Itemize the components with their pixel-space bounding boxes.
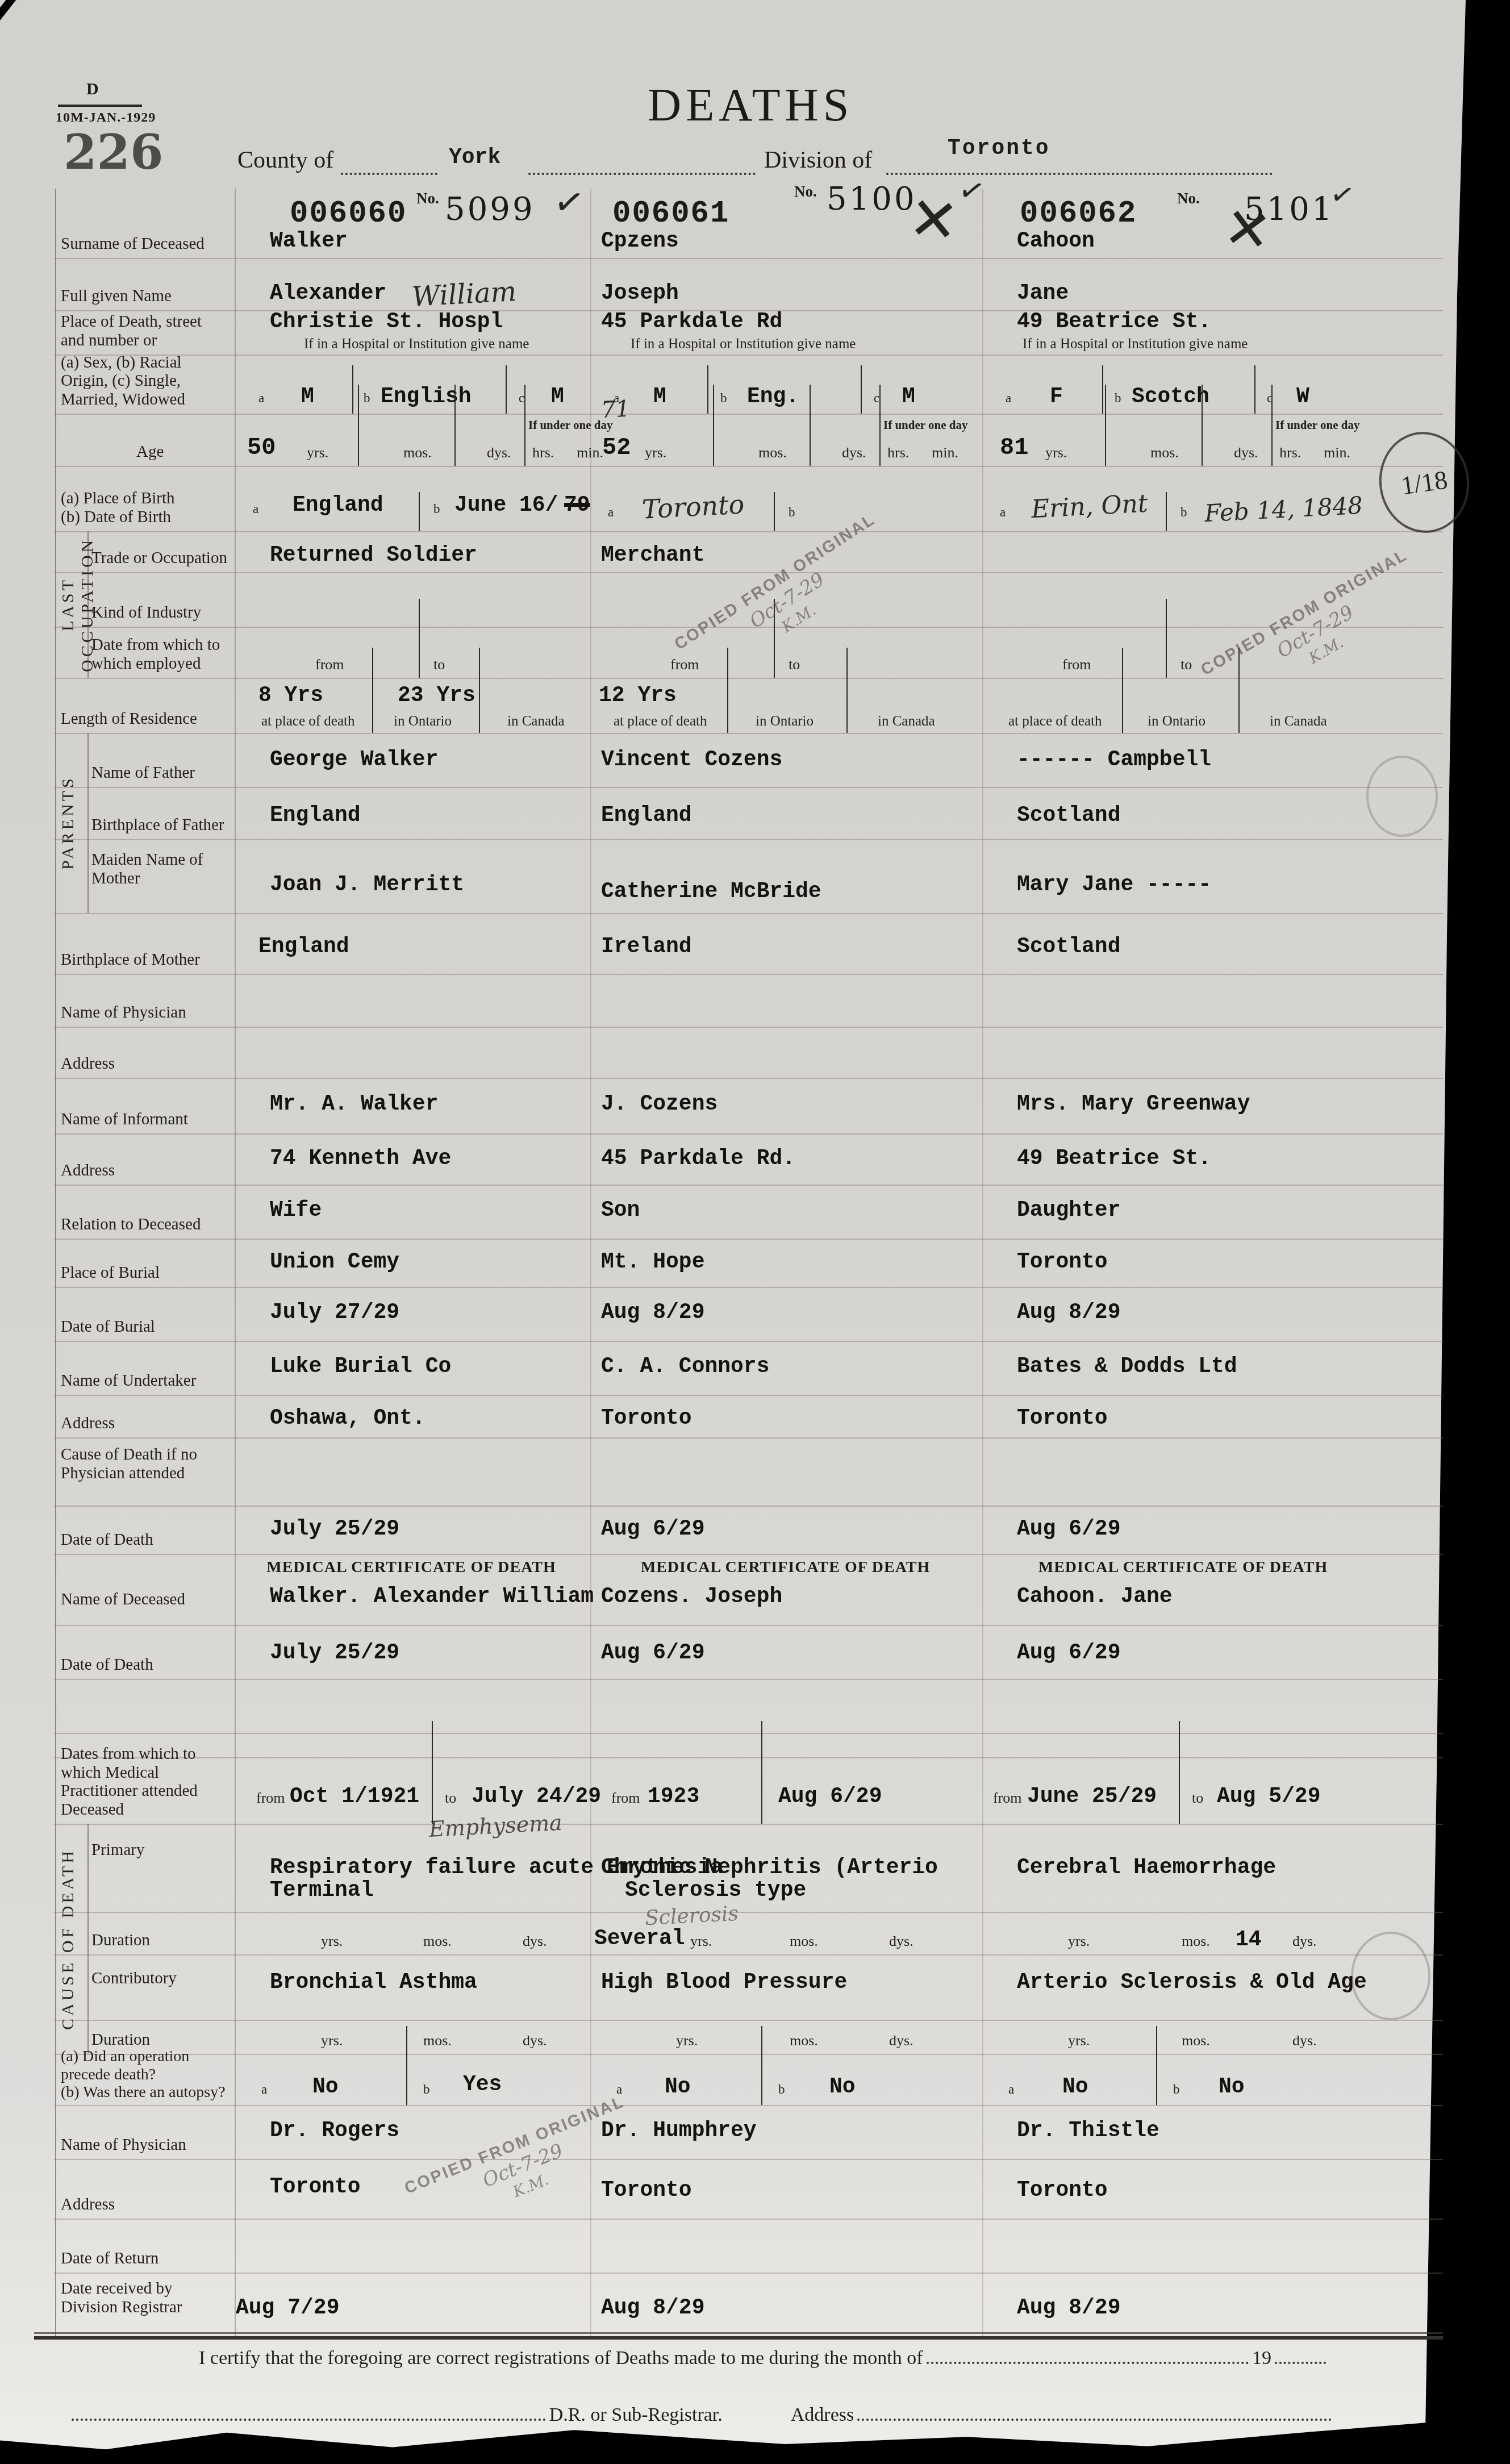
trade-2: Merchant	[601, 543, 704, 568]
separator	[846, 648, 848, 733]
sub-a: a	[608, 505, 614, 520]
cell: yrs. mos. 14 dys.	[983, 1912, 1383, 1954]
sub-to: to	[1181, 656, 1192, 673]
cell: Aug 6/29	[983, 1506, 1383, 1554]
given-name-3: Jane	[1017, 281, 1069, 306]
sub-dys: dys.	[889, 2032, 913, 2049]
sub-mos: mos.	[1182, 1933, 1210, 1950]
cell: Mrs. Mary Greenway	[983, 1078, 1383, 1133]
address-label: Address	[791, 2404, 854, 2426]
birth-place-handwritten-3: Erin, Ont	[1031, 489, 1149, 524]
cell: 49 Beatrice St. If in a Hospital or Inst…	[983, 310, 1383, 355]
label-duration: Duration	[91, 1931, 242, 1950]
origin-2: Eng.	[747, 385, 799, 409]
father-birthplace-3: Scotland	[1017, 803, 1120, 828]
attended-from-1: Oct 1/1921	[290, 1785, 419, 1809]
attended-from-3: June 25/29	[1027, 1785, 1157, 1809]
certification-line: I certify that the foregoing are correct…	[199, 2348, 1329, 2369]
separator	[1179, 1721, 1180, 1824]
deaths-register-page: D 10M-JAN.-1929 226 DEATHS County of Yor…	[0, 0, 1510, 2464]
contributory-2: High Blood Pressure	[601, 1970, 847, 1995]
division-value: Toronto	[948, 136, 1050, 161]
cell: 74 Kenneth Ave	[236, 1133, 587, 1185]
sex-3: F	[1050, 385, 1063, 409]
separator	[419, 492, 420, 531]
row-given-name: Full given Name Alexander William Joseph…	[54, 283, 1443, 311]
row-burial-date: Date of Burial July 27/29 Aug 8/29 Aug 8…	[54, 1287, 1443, 1342]
cert-death-date-2: Aug 6/29	[601, 1641, 704, 1665]
separator	[713, 385, 714, 466]
birth-place-handwritten-2: Toronto	[641, 489, 745, 524]
pen-check-mark-1: ✓	[550, 180, 588, 226]
cell: High Blood Pressure	[591, 1954, 980, 2020]
burial-place-3: Toronto	[1017, 1250, 1108, 1274]
label-informant: Name of Informant	[61, 1110, 234, 1129]
sub-mos: mos.	[423, 1933, 452, 1950]
cell: Alexander William	[236, 283, 587, 310]
contributory-1: Bronchial Asthma	[270, 1970, 477, 1995]
separator	[406, 2026, 407, 2106]
separator	[861, 365, 862, 414]
heavy-rule-thin	[34, 2332, 1443, 2334]
cert-title-3: MEDICAL CERTIFICATE OF DEATH	[983, 1558, 1383, 1577]
cell: England	[591, 787, 980, 839]
origin-3: Scotch	[1132, 385, 1209, 409]
sub-res-ontario: in Ontario	[756, 714, 814, 729]
sub-yrs: yrs.	[321, 2032, 343, 2049]
label-date-of-return: Date of Return	[61, 2249, 234, 2268]
mother-birthplace-3: Scotland	[1017, 935, 1120, 959]
cell: England	[236, 913, 587, 974]
physician-1: Dr. Rogers	[270, 2119, 399, 2143]
row-spacer	[54, 1733, 1443, 1758]
cell: Jane	[983, 283, 1383, 310]
separator	[810, 385, 811, 466]
separator	[774, 492, 775, 531]
sub-mos: mos.	[790, 1933, 818, 1950]
separator	[372, 648, 373, 733]
no-label-1: No.	[416, 190, 439, 207]
surname-3: Cahoon	[1017, 229, 1095, 253]
sub-mos: mos.	[758, 444, 787, 461]
sub-yrs: yrs.	[676, 2032, 698, 2049]
father-birthplace-1: England	[270, 803, 361, 828]
sub-hrs: hrs.	[1279, 444, 1301, 461]
autopsy-2: No	[829, 2075, 856, 2099]
sub-res-ontario: in Ontario	[1148, 714, 1206, 729]
cell: Scotland	[983, 787, 1383, 839]
cell: aM bEnglish cM	[236, 355, 587, 414]
margin-circle-pencil-2	[1351, 1932, 1430, 2020]
separator	[761, 1721, 762, 1824]
label-address: Address	[61, 1414, 234, 1433]
cell: Luke Burial Co	[236, 1341, 587, 1395]
label-residence: Length of Residence	[61, 710, 234, 728]
age-2: 52	[602, 434, 631, 461]
mother-1: Joan J. Merritt	[270, 873, 464, 897]
sub-dys: dys.	[487, 444, 511, 461]
cell: Mt. Hope	[591, 1239, 980, 1287]
place-of-death-3: 49 Beatrice St.	[1017, 310, 1211, 334]
row-contributory: Contributory Bronchial Asthma High Blood…	[54, 1954, 1443, 2021]
primary-line2-2: Sclerosis type	[625, 1878, 806, 1903]
cell: Toronto	[983, 2159, 1383, 2219]
birth-date-struck-1: 79	[564, 493, 590, 518]
separator	[1122, 648, 1123, 733]
mother-3: Mary Jane -----	[1017, 873, 1211, 897]
cell: from June 25/29 to Aug 5/29	[983, 1757, 1383, 1824]
row-undertaker-address: Address Oshawa, Ont. Toronto Toronto	[54, 1395, 1443, 1439]
cell: from 1923 Aug 6/29	[591, 1757, 980, 1824]
row-father: Name of Father George Walker Vincent Coz…	[54, 733, 1443, 788]
burial-place-2: Mt. Hope	[601, 1250, 704, 1274]
burial-date-3: Aug 8/29	[1017, 1300, 1120, 1325]
cell: Toronto	[983, 1395, 1383, 1437]
surname-2: Cpzens	[601, 229, 679, 253]
sub-min: min.	[1324, 444, 1350, 461]
cert-deceased-3: Cahoon. Jane	[1017, 1585, 1173, 1609]
separator	[454, 385, 456, 466]
cert-title-2: MEDICAL CERTIFICATE OF DEATH	[591, 1558, 980, 1577]
row-informant-address: Address 74 Kenneth Ave 45 Parkdale Rd. 4…	[54, 1133, 1443, 1186]
cell: Catherine McBride	[591, 839, 980, 913]
separator	[419, 599, 420, 678]
label-address: Address	[61, 1161, 234, 1180]
label-mother-birthplace: Birthplace of Mother	[61, 950, 234, 969]
cell: Daughter	[983, 1185, 1383, 1239]
cell: England	[236, 787, 587, 839]
sub-b: b	[789, 505, 795, 520]
origin-1: English	[381, 385, 472, 409]
county-leader-dots-2	[528, 172, 756, 175]
undertaker-address-1: Oshawa, Ont.	[270, 1406, 426, 1431]
cell: at place of death in Ontario in Canada	[983, 678, 1383, 733]
separator	[432, 1721, 433, 1824]
separator	[1166, 599, 1167, 678]
cell	[983, 531, 1383, 572]
separator	[1254, 365, 1255, 414]
sub-b: b	[778, 2082, 785, 2097]
cell: Aug 6/29	[591, 1625, 980, 1679]
row-medical-certificate: Name of Deceased MEDICAL CERTIFICATE OF …	[54, 1554, 1443, 1626]
form-code-rule	[58, 105, 142, 107]
cell: a No b Yes	[236, 2054, 587, 2105]
label-employed: Date from which to which employed	[91, 636, 242, 673]
given-name-1: Alexander	[270, 281, 386, 306]
pen-check-mark-3: ✓	[1327, 176, 1357, 213]
label-death-date: Date of Death	[61, 1531, 234, 1549]
row-duration-primary: Duration yrs. mos. dys. Several yrs. mos…	[54, 1912, 1443, 1956]
label-contributory: Contributory	[91, 1969, 242, 1988]
page-number-stamp: 226	[64, 124, 163, 180]
primary-line1-2: Chronic Nephritis (Arterio	[601, 1856, 938, 1880]
cell: George Walker	[236, 733, 587, 787]
sub-yrs: yrs.	[321, 1933, 343, 1950]
label-cert-name: Name of Deceased	[61, 1590, 234, 1609]
margin-circle-pencil-1	[1366, 756, 1438, 837]
cell: Arterio Sclerosis & Old Age	[983, 1954, 1383, 2020]
cell: Union Cemy	[236, 1239, 587, 1287]
sub-res-place: at place of death	[261, 714, 355, 729]
cell: Joan J. Merritt	[236, 839, 587, 913]
label-relation: Relation to Deceased	[61, 1215, 234, 1234]
cert-title-1: MEDICAL CERTIFICATE OF DEATH	[236, 1558, 587, 1577]
reg-cell-2: 006061 No. 5100 ✕ ✓	[591, 189, 980, 232]
label-attended: Dates from which to which Medical Practi…	[61, 1745, 234, 1819]
father-birthplace-2: England	[601, 803, 692, 828]
signature-line: D.R. or Sub-Registrar. Address	[68, 2404, 1335, 2426]
sub-dys: dys.	[889, 1933, 913, 1950]
label-trade: Trade or Occupation	[91, 549, 242, 568]
sub-b: b	[433, 502, 440, 516]
cell: a Erin, Ont b Feb 14, 1848	[983, 466, 1383, 531]
row-mother: Maiden Name of Mother Joan J. Merritt Ca…	[54, 839, 1443, 914]
label-surname: Surname of Deceased	[61, 235, 234, 253]
operation-3: No	[1062, 2075, 1088, 2099]
cert-deceased-1: Walker. Alexander William	[270, 1585, 594, 1609]
sub-mos: mos.	[1150, 444, 1179, 461]
row-sex-origin-marital: (a) Sex, (b) Racial Origin, (c) Single, …	[54, 355, 1443, 415]
cell: Several yrs. mos. dys.	[591, 1912, 980, 1954]
sub-from: from	[611, 1790, 640, 1807]
sub-b: b	[1173, 2082, 1180, 2097]
sub-b: b	[720, 391, 727, 406]
cell: Son	[591, 1185, 980, 1239]
registrar-label: D.R. or Sub-Registrar.	[549, 2404, 723, 2426]
sub-a: a	[1000, 505, 1006, 520]
scan-corner-mark	[0, 0, 19, 38]
cell: Joseph	[591, 283, 980, 310]
residence-place-1: 8 Yrs	[258, 683, 323, 708]
cell: Mary Jane -----	[983, 839, 1383, 913]
row-burial-place: Place of Burial Union Cemy Mt. Hope Toro…	[54, 1239, 1443, 1288]
separator	[761, 2026, 762, 2106]
attended-to-2: Aug 6/29	[778, 1785, 882, 1809]
cell: J. Cozens	[591, 1078, 980, 1133]
birth-place-1: England	[293, 493, 383, 518]
cell: 8 Yrs at place of death 23 Yrs in Ontari…	[236, 678, 587, 733]
label-given-name: Full given Name	[61, 287, 234, 306]
under-one-day-note: If under one day	[883, 418, 967, 432]
separator	[1102, 365, 1103, 414]
cell: Bates & Dodds Ltd	[983, 1341, 1383, 1395]
row-physician: Name of Physician Dr. Rogers Dr. Humphre…	[54, 2105, 1443, 2160]
separator	[879, 385, 881, 466]
sub-res-canada: in Canada	[1270, 714, 1327, 729]
blank-address	[857, 2416, 1332, 2421]
cell: Aug 8/29	[983, 1287, 1383, 1341]
sub-b: b	[1115, 391, 1121, 406]
serial-number-1: 5099	[445, 191, 535, 228]
residence-place-2: 12 Yrs	[599, 683, 677, 708]
relation-2: Son	[601, 1198, 640, 1223]
cell: aF bScotch cW	[983, 355, 1383, 414]
row-surname: Surname of Deceased Walker Cpzens Cahoon	[54, 232, 1443, 259]
label-mother: Maiden Name of Mother	[91, 850, 242, 888]
separator	[1105, 385, 1106, 466]
division-label: Division of	[764, 147, 872, 174]
attended-to-3: Aug 5/29	[1217, 1785, 1320, 1809]
age-handwritten-2: 71	[600, 396, 631, 424]
label-address: Address	[61, 2195, 234, 2214]
label-father-birthplace: Birthplace of Father	[91, 816, 242, 835]
date-received-1: Aug 7/29	[236, 2296, 339, 2320]
row-mother-birthplace: Birthplace of Mother England Ireland Sco…	[54, 913, 1443, 975]
surname-1: Walker	[270, 229, 348, 253]
reg-cell-1: 006060 No. 5099 ✓	[236, 189, 587, 232]
cell: Aug 6/29	[591, 1506, 980, 1554]
sub-yrs: yrs.	[645, 444, 666, 461]
marital-3: W	[1296, 385, 1309, 409]
cell: 45 Parkdale Rd.	[591, 1133, 980, 1185]
row-trade: Trade or Occupation Returned Soldier Mer…	[54, 531, 1443, 573]
row-operation-autopsy: (a) Did an operation precede death? (b) …	[54, 2054, 1443, 2106]
sub-hrs: hrs.	[532, 444, 554, 461]
county-label: County of	[237, 147, 333, 174]
separator	[1156, 2026, 1157, 2106]
physician-address-1: Toronto	[270, 2175, 361, 2199]
cell: MEDICAL CERTIFICATE OF DEATH Cahoon. Jan…	[983, 1554, 1383, 1625]
row-spacer	[54, 1679, 1443, 1734]
death-date-3: Aug 6/29	[1017, 1517, 1120, 1541]
heavy-rule	[34, 2336, 1443, 2340]
sub-mos: mos.	[403, 444, 432, 461]
cell: Cahoon	[983, 232, 1383, 258]
label-birth: (a) Place of Birth (b) Date of Birth	[61, 489, 234, 527]
relation-3: Daughter	[1017, 1198, 1120, 1223]
sub-a: a	[253, 502, 258, 516]
date-received-3: Aug 8/29	[1017, 2296, 1120, 2320]
operation-1: No	[312, 2075, 339, 2099]
duration-yrs-value-2: Several	[594, 1927, 685, 1951]
sub-res-place: at place of death	[614, 714, 707, 729]
hospital-note-3: If in a Hospital or Institution give nam…	[1023, 336, 1248, 352]
cell: 81 yrs. mos. dys. If under one day hrs. …	[983, 414, 1383, 466]
sub-res-place: at place of death	[1008, 714, 1102, 729]
county-leader-dots	[341, 172, 437, 175]
mother-birthplace-1: England	[258, 935, 349, 959]
separator	[1202, 385, 1203, 466]
cell: Walker	[236, 232, 587, 258]
cell: Scotland	[983, 913, 1383, 974]
separator	[506, 365, 507, 414]
sub-to: to	[789, 656, 800, 673]
row-date-received: Date received by Division Registrar Aug …	[54, 2273, 1443, 2336]
cell: Dr. Humphrey	[591, 2105, 980, 2159]
physician-address-2: Toronto	[601, 2178, 692, 2203]
cell: C. A. Connors	[591, 1341, 980, 1395]
hospital-note-1: If in a Hospital or Institution give nam…	[304, 336, 529, 352]
cell: 52 71 yrs. mos. dys. If under one day hr…	[591, 414, 980, 466]
cell: yrs. mos. dys.	[591, 2020, 980, 2054]
row-death-date: Date of Death July 25/29 Aug 6/29 Aug 6/…	[54, 1506, 1443, 1555]
age-3: 81	[1000, 434, 1028, 461]
label-burial-place: Place of Burial	[61, 1264, 234, 1282]
informant-2: J. Cozens	[601, 1092, 718, 1116]
separator	[479, 648, 480, 733]
cell: a No b No	[591, 2054, 980, 2105]
father-3: ------ Campbell	[1017, 748, 1211, 772]
burial-place-1: Union Cemy	[270, 1250, 399, 1274]
cell: Ireland	[591, 913, 980, 974]
label-place-of-death: Place of Death, street and number or	[61, 312, 234, 350]
father-2: Vincent Cozens	[601, 748, 782, 772]
sub-yrs: yrs.	[1068, 1933, 1090, 1950]
blank-month	[927, 2359, 1249, 2364]
label-death-date: Date of Death	[61, 1656, 234, 1674]
physician-address-3: Toronto	[1017, 2178, 1108, 2203]
physician-3: Dr. Thistle	[1017, 2119, 1159, 2143]
sub-a: a	[1006, 391, 1011, 406]
no-label-3: No.	[1177, 190, 1200, 207]
cert-death-date-3: Aug 6/29	[1017, 1641, 1120, 1665]
cell: Wife	[236, 1185, 587, 1239]
county-value: York	[449, 145, 500, 170]
sub-from: from	[256, 1790, 285, 1807]
sub-dys: dys.	[523, 1933, 547, 1950]
print-code: 10M-JAN.-1929	[56, 110, 156, 126]
serial-number-2: 5100	[827, 181, 917, 218]
attended-to-1: July 24/29	[472, 1785, 601, 1809]
label-undertaker: Name of Undertaker	[61, 1371, 234, 1390]
row-cert-death-date: Date of Death July 25/29 Aug 6/29 Aug 6/…	[54, 1625, 1443, 1680]
sub-c: c	[519, 391, 524, 406]
sub-yrs: yrs.	[1045, 444, 1067, 461]
no-label-2: No.	[794, 183, 817, 201]
cell: Aug 7/29	[236, 2273, 587, 2336]
row-undertaker: Name of Undertaker Luke Burial Co C. A. …	[54, 1341, 1443, 1396]
primary-line1-3: Cerebral Haemorrhage	[1017, 1856, 1276, 1880]
cell: 50 yrs. mos. dys. If under one day hrs. …	[236, 414, 587, 466]
place-of-death-1: Christie St. Hospl	[270, 310, 503, 334]
attended-from-2: 1923	[648, 1785, 699, 1809]
row-father-birthplace: Birthplace of Father England England Sco…	[54, 787, 1443, 840]
margin-note-text: 1/18	[1399, 464, 1449, 501]
blank-signature	[72, 2416, 546, 2421]
cell: Toronto	[983, 1239, 1383, 1287]
cell: Returned Soldier	[236, 531, 587, 572]
label-duration: Duration	[91, 2031, 242, 2049]
relation-1: Wife	[270, 1198, 322, 1223]
sub-min: min.	[932, 444, 958, 461]
label-address: Address	[61, 1054, 234, 1073]
undertaker-address-3: Toronto	[1017, 1406, 1108, 1431]
birth-date-1: June 16/	[454, 493, 558, 518]
undertaker-3: Bates & Dodds Ltd	[1017, 1354, 1237, 1379]
cell: Emphysema Respiratory failure acute Emyt…	[236, 1824, 587, 1912]
operation-2: No	[665, 2075, 691, 2099]
label-primary: Primary	[91, 1841, 242, 1860]
given-name-handwritten-1: William	[411, 276, 518, 313]
cell: Oshawa, Ont.	[236, 1395, 587, 1437]
cell: ------ Campbell	[983, 733, 1383, 787]
sub-to: to	[445, 1790, 456, 1807]
cert-deceased-2: Cozens. Joseph	[601, 1585, 782, 1609]
death-date-2: Aug 6/29	[601, 1517, 704, 1541]
cell: 12 Yrs at place of death in Ontario in C…	[591, 678, 980, 733]
sub-dys: dys.	[1234, 444, 1258, 461]
cell: yrs. mos. dys.	[236, 1912, 587, 1954]
contributory-3: Arterio Sclerosis & Old Age	[1017, 1970, 1367, 1995]
sub-res-canada: in Canada	[878, 714, 935, 729]
sub-to: to	[433, 656, 445, 673]
row-duration-contributory: Duration yrs. mos. dys. yrs. mos. dys. y…	[54, 2020, 1443, 2055]
sub-from: from	[993, 1790, 1022, 1807]
row-birth: (a) Place of Birth (b) Date of Birth a E…	[54, 466, 1443, 532]
row-informant: Name of Informant Mr. A. Walker J. Cozen…	[54, 1078, 1443, 1135]
cell: Chronic Nephritis (Arterio Sclerosis typ…	[591, 1824, 980, 1912]
label-date-received: Date received by Division Registrar	[61, 2279, 234, 2317]
